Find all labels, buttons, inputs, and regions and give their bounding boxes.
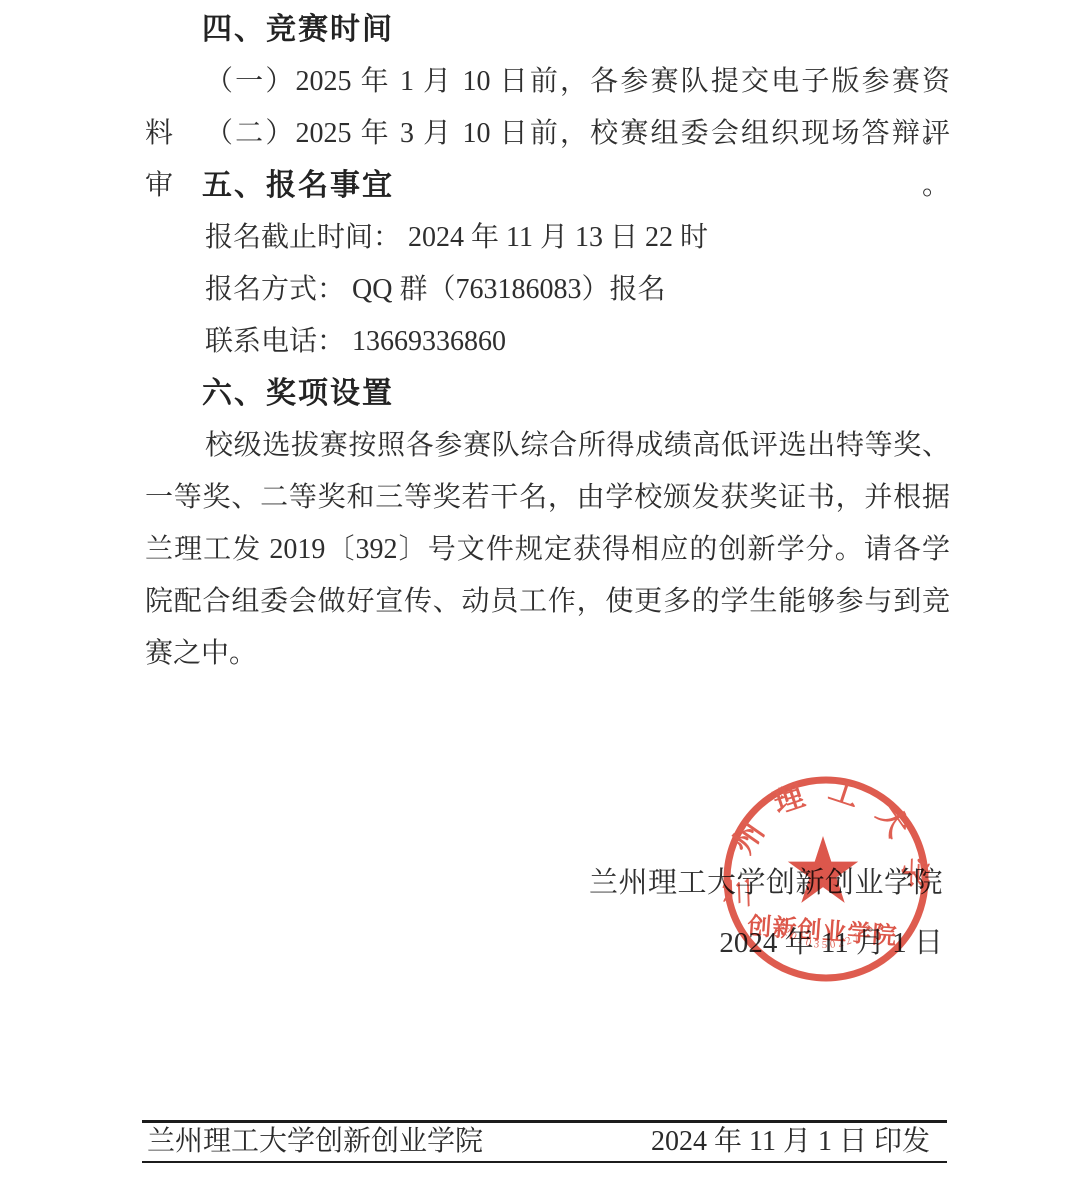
document-page: 四、竞赛时间 （一）2025 年 1 月 10 日前，各参赛队提交电子版参赛资料… [0, 0, 1080, 1200]
body-line: 一等奖、二等奖和三等奖若干名，由学校颁发获奖证书，并根据 [145, 472, 950, 524]
body-line: 校级选拔赛按照各参赛队综合所得成绩高低评选出特等奖、 [145, 420, 950, 472]
body-line: （二）2025 年 3 月 10 日前，校赛组委会组织现场答辩评审。 [145, 108, 950, 160]
registration-deadline: 报名截止时间： 2024 年 11 月 13 日 22 时 [145, 212, 950, 264]
registration-method: 报名方式： QQ 群（763186083）报名 [145, 264, 950, 316]
seal-star-icon [788, 836, 858, 903]
heading-competition-time: 四、竞赛时间 [145, 4, 950, 56]
contact-phone: 联系电话： 13669336860 [145, 316, 950, 368]
body-line: 兰理工发 2019〔392〕号文件规定获得相应的创新学分。请各学 [145, 524, 950, 576]
document-body: 四、竞赛时间 （一）2025 年 1 月 10 日前，各参赛队提交电子版参赛资料… [145, 4, 950, 680]
footer-issuer: 兰州理工大学创新创业学院 [147, 1122, 483, 1161]
body-line: （一）2025 年 1 月 10 日前，各参赛队提交电子版参赛资料。 [145, 56, 950, 108]
footer-issue-date: 2024 年 11 月 1 日 印发 [651, 1122, 930, 1161]
footer: 兰州理工大学创新创业学院 2024 年 11 月 1 日 印发 [142, 1122, 947, 1161]
footer-rule-bottom [142, 1161, 947, 1163]
body-line: 赛之中。 [145, 628, 950, 680]
heading-awards: 六、奖项设置 [145, 368, 950, 420]
body-line: 院配合组委会做好宣传、动员工作，使更多的学生能够参与到竞 [145, 576, 950, 628]
official-seal: 兰州理工大学 创新创业学院 6201035022776 [696, 749, 956, 1009]
